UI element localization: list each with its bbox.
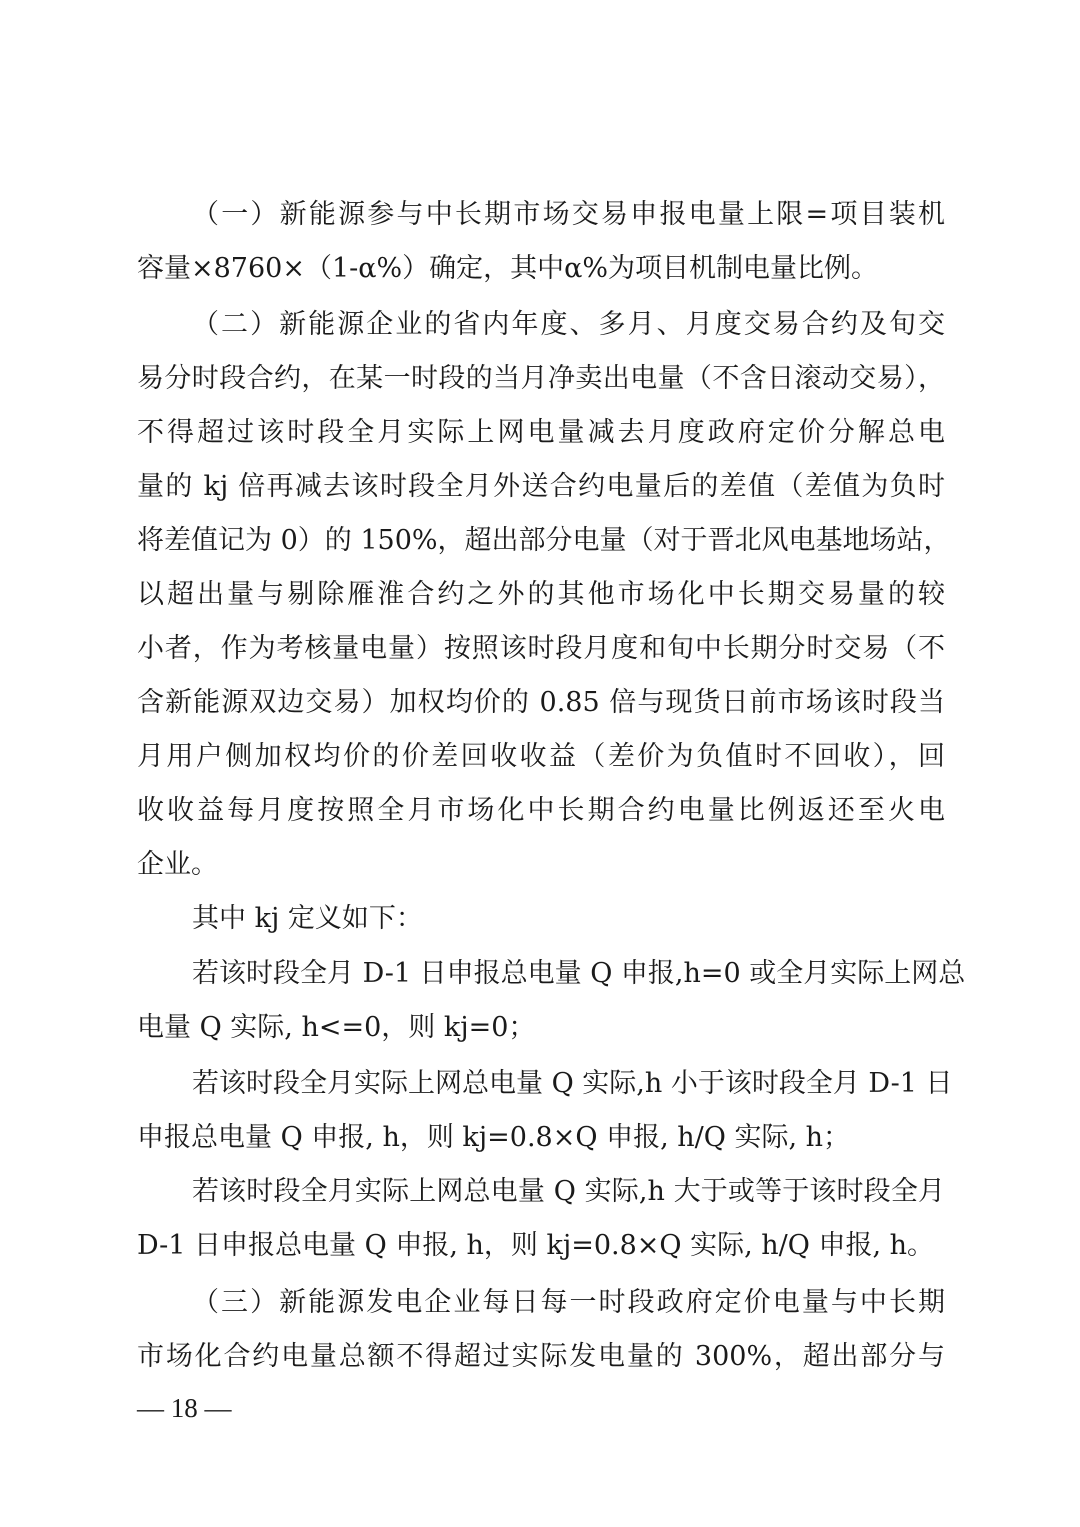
kj-case-2-line-2: 申报总电量 Q 申报, h，则 kj=0.8×Q 申报, h/Q 实际, h； [137, 1118, 945, 1158]
paragraph-2-line-9: 月用户侧加权均价的价差回收收益（差价为负值时不回收），回 [137, 737, 945, 777]
paragraph-3-line-2: 市场化合约电量总额不得超过实际发电量的 300%，超出部分与 [137, 1337, 945, 1377]
kj-case-2-line-1: 若该时段全月实际上网总电量 Q 实际,h 小于该时段全月 D-1 日 [192, 1064, 945, 1104]
kj-case-3-line-1: 若该时段全月实际上网总电量 Q 实际,h 大于或等于该时段全月 [192, 1172, 945, 1212]
paragraph-2-line-7: 小者，作为考核量电量）按照该时段月度和旬中长期分时交易（不 [137, 629, 945, 669]
paragraph-2-line-5: 将差值记为 0）的 150%，超出部分电量（对于晋北风电基地场站， [137, 521, 945, 561]
document-page: （一）新能源参与中长期市场交易申报电量上限=项目装机 容量×8760×（1-α%… [0, 0, 1080, 1527]
kj-case-3-line-2: D-1 日申报总电量 Q 申报, h，则 kj=0.8×Q 实际, h/Q 申报… [137, 1226, 945, 1266]
kj-definition-intro: 其中 kj 定义如下： [192, 899, 945, 939]
paragraph-2-line-10: 收收益每月度按照全月市场化中长期合约电量比例返还至火电 [137, 791, 945, 831]
paragraph-2-line-2: 易分时段合约，在某一时段的当月净卖出电量（不含日滚动交易）， [137, 359, 945, 399]
paragraph-2-line-6: 以超出量与剔除雁淮合约之外的其他市场化中长期交易量的较 [137, 575, 945, 615]
paragraph-1-line-1: （一）新能源参与中长期市场交易申报电量上限=项目装机 [192, 195, 945, 235]
paragraph-2-line-11: 企业。 [137, 845, 945, 885]
page-number: — 18 — [137, 1388, 232, 1428]
kj-case-1-line-2: 电量 Q 实际, h<=0，则 kj=0； [137, 1008, 945, 1048]
paragraph-3-line-1: （三）新能源发电企业每日每一时段政府定价电量与中长期 [192, 1283, 945, 1323]
paragraph-2-line-4: 量的 kj 倍再减去该时段全月外送合约电量后的差值（差值为负时 [137, 467, 945, 507]
kj-case-1-line-1: 若该时段全月 D-1 日申报总电量 Q 申报,h=0 或全月实际上网总 [192, 954, 945, 994]
paragraph-2-line-1: （二）新能源企业的省内年度、多月、月度交易合约及旬交 [192, 305, 945, 345]
paragraph-2-line-3: 不得超过该时段全月实际上网电量减去月度政府定价分解总电 [137, 413, 945, 453]
paragraph-1-line-2: 容量×8760×（1-α%）确定，其中α%为项目机制电量比例。 [137, 249, 945, 289]
paragraph-2-line-8: 含新能源双边交易）加权均价的 0.85 倍与现货日前市场该时段当 [137, 683, 945, 723]
